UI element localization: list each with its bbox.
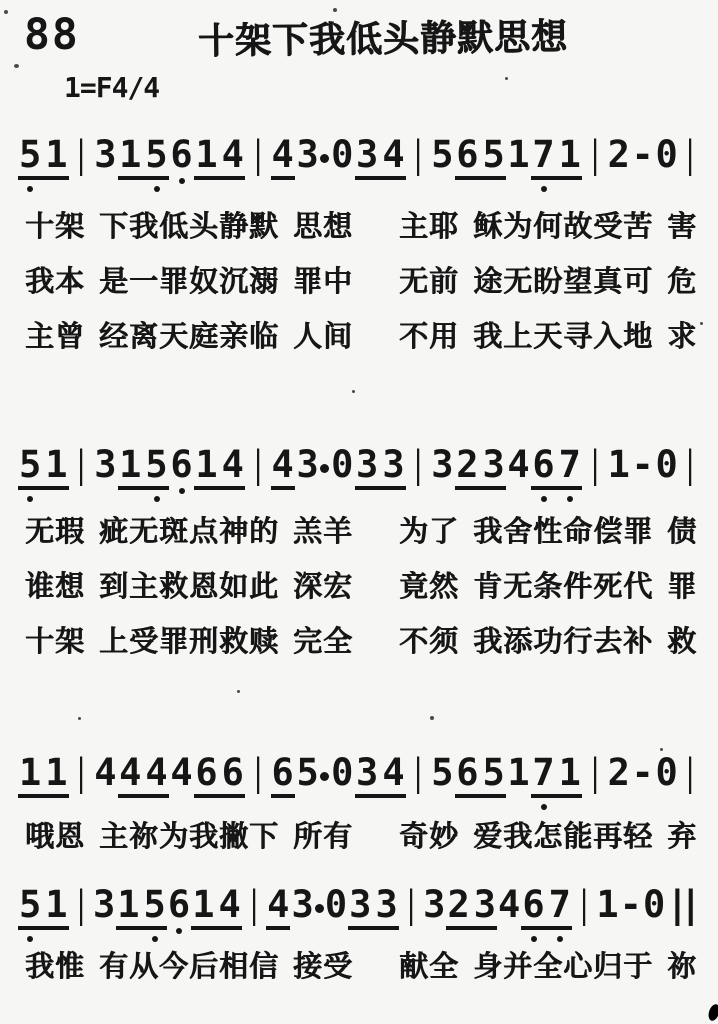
augmentation-dot <box>320 772 329 781</box>
note: 3 <box>356 136 378 173</box>
note-digit: 0 <box>331 754 353 791</box>
beam-group: 15 <box>118 136 169 180</box>
lyric-segment: 竟然 <box>399 570 459 603</box>
lyric-segment: 身并全心归于 <box>473 950 653 983</box>
note: 6 <box>532 446 554 483</box>
low-octave-dot <box>154 186 160 192</box>
barline: | <box>589 754 601 791</box>
note-digit: 5 <box>296 754 318 791</box>
barline: | <box>684 754 696 791</box>
note-digit: 0 <box>655 136 677 173</box>
note-digit: 3 <box>349 886 371 923</box>
note-digit: 1 <box>559 136 581 173</box>
note: 6 <box>195 754 217 791</box>
note: 0 <box>331 446 353 483</box>
lyric-segment: 献全 <box>399 950 459 983</box>
lyric-line-7: 哦恩主祢为我撇下所有奇妙爱我怎能再轻弃 <box>25 820 697 853</box>
barline: | <box>252 754 264 791</box>
beam-group: 6 <box>271 754 295 798</box>
note-digit: 6 <box>168 886 190 923</box>
lyric-line-3: 主曾经离天庭亲临人间不用我上天寻入地求 <box>25 320 697 353</box>
lyric-segment: 有从今后相信 <box>99 950 279 983</box>
note: 0 <box>331 136 353 173</box>
beam-group: 51 <box>18 446 69 490</box>
note-digit: 0 <box>643 886 665 923</box>
note-digit: 6 <box>170 136 192 173</box>
note-digit: 4 <box>498 886 520 923</box>
note-digit: 3 <box>94 446 116 483</box>
lyric-segment: 谁想 <box>25 570 85 603</box>
music-line-1: 51|315614|43034|565171|2-0| <box>18 136 702 180</box>
lyric-segment: 上受罪刑救赎 <box>99 625 279 658</box>
note-digit: 3 <box>482 446 504 483</box>
note: 1 <box>596 886 618 923</box>
lyric-segment: 弃 <box>667 820 697 853</box>
note-digit: 6 <box>522 886 544 923</box>
note-digit: 3 <box>296 446 318 483</box>
note: 2 <box>447 886 469 923</box>
scan-speckle <box>700 322 703 325</box>
note-digit: 4 <box>382 136 404 173</box>
hymn-sheet-page: 88 十架下我低头静默思想 1=F4/4 51|315614|43034|565… <box>0 0 718 1024</box>
note: 3 <box>93 886 115 923</box>
beam-group: 66 <box>194 754 245 798</box>
note-digit: 4 <box>222 446 244 483</box>
low-octave-dot <box>27 186 33 192</box>
final-barline: || <box>666 886 702 923</box>
lyric-segment: 羔羊 <box>293 515 353 548</box>
lyric-line-2: 我本是一罪奴沉溺罪中无前途无盼望真可危 <box>25 265 697 298</box>
note: 0 <box>331 754 353 791</box>
note-digit: 7 <box>549 886 571 923</box>
augmentation-dot <box>320 464 329 473</box>
lyric-segment: 无瑕 <box>25 515 85 548</box>
note-digit: 3 <box>93 886 115 923</box>
scan-speckle <box>430 716 434 720</box>
lyric-line-8: 我惟有从今后相信接受献全身并全心归于祢 <box>25 950 697 983</box>
note-digit: 0 <box>331 446 353 483</box>
note-digit: 1 <box>507 136 529 173</box>
beam-group: 34 <box>355 136 406 180</box>
note: 6 <box>170 136 192 173</box>
beam-group: 51 <box>18 136 69 180</box>
note: 5 <box>19 136 41 173</box>
beam-group: 34 <box>355 754 406 798</box>
lyric-segment: 稣为何故受苦 <box>473 210 653 243</box>
lyric-segment: 救 <box>667 625 697 658</box>
lyric-line-5: 谁想到主救恩如此深宏竟然肯无条件死代罪 <box>25 570 697 603</box>
barline: | <box>412 754 424 791</box>
note: 3 <box>482 446 504 483</box>
lyric-segment: 祢 <box>667 950 697 983</box>
note: 5 <box>431 754 453 791</box>
note-digit: 4 <box>94 754 116 791</box>
note: 1 <box>507 754 529 791</box>
note: 1 <box>119 446 141 483</box>
barline: | <box>75 754 87 791</box>
barline: | <box>75 136 87 173</box>
beam-group: 23 <box>446 886 497 930</box>
note-digit: 5 <box>19 136 41 173</box>
note: 1 <box>19 754 41 791</box>
note-digit: 6 <box>532 446 554 483</box>
low-octave-dot <box>154 496 160 502</box>
note-digit: 4 <box>267 886 289 923</box>
note-digit: 3 <box>356 754 378 791</box>
beam-group: 44 <box>118 754 169 798</box>
note: 3 <box>356 446 378 483</box>
note-digit: 5 <box>431 754 453 791</box>
note-digit: 4 <box>170 754 192 791</box>
music-line-4: 51|315614|43033|323467|1-0|| <box>18 886 702 930</box>
barline: | <box>412 136 424 173</box>
beam-group: 23 <box>455 446 506 490</box>
note: 1 <box>117 886 139 923</box>
note: 6 <box>168 886 190 923</box>
scan-speckle <box>78 717 81 720</box>
note-digit: 1 <box>19 754 41 791</box>
note-digit: 1 <box>192 886 214 923</box>
note-digit: 4 <box>272 136 294 173</box>
note-digit: 3 <box>375 886 397 923</box>
lyric-segment: 途无盼望真可 <box>473 265 653 298</box>
beam-group: 4 <box>271 446 295 490</box>
lyric-line-6: 十架上受罪刑救赎完全不须我添功行去补救 <box>25 625 697 658</box>
note: 3 <box>296 446 318 483</box>
note: 2 <box>456 446 478 483</box>
note-digit: 1 <box>45 754 67 791</box>
lyric-segment: 到主救恩如此 <box>99 570 279 603</box>
half-note-dash: - <box>632 754 654 791</box>
note: 1 <box>45 136 67 173</box>
note: 3 <box>291 886 313 923</box>
note: 4 <box>119 754 141 791</box>
note: 0 <box>643 886 665 923</box>
note-digit: 1 <box>559 754 581 791</box>
note: 1 <box>192 886 214 923</box>
lyric-segment: 不用 <box>399 320 459 353</box>
note-digit: 3 <box>356 136 378 173</box>
scan-speckle <box>237 690 240 693</box>
half-note-dash: - <box>632 136 654 173</box>
augmentation-dot <box>315 904 324 913</box>
note: 1 <box>507 136 529 173</box>
lyric-segment: 下我低头静默 <box>99 210 279 243</box>
key-signature: 1=F4/4 <box>64 74 159 102</box>
lyric-segment: 十架 <box>25 210 85 243</box>
note-digit: 3 <box>382 446 404 483</box>
beam-group: 51 <box>18 886 69 930</box>
lyric-segment: 爱我怎能再轻 <box>473 820 653 853</box>
note: 7 <box>532 136 554 173</box>
barline: | <box>252 136 264 173</box>
note: 5 <box>482 136 504 173</box>
beam-group: 14 <box>194 136 245 180</box>
music-line-2: 51|315614|43033|323467|1-0| <box>18 446 702 490</box>
note-digit: 1 <box>45 136 67 173</box>
lyric-segment: 哦恩 <box>25 820 85 853</box>
note: 0 <box>325 886 347 923</box>
note: 7 <box>559 446 581 483</box>
note-digit: 5 <box>482 136 504 173</box>
beam-group: 71 <box>531 136 582 180</box>
barline: | <box>75 446 87 483</box>
note-digit: 6 <box>456 136 478 173</box>
beam-group: 71 <box>531 754 582 798</box>
note-digit: 7 <box>532 136 554 173</box>
barline: | <box>684 136 696 173</box>
lyric-segment: 主曾 <box>25 320 85 353</box>
note: 3 <box>431 446 453 483</box>
note: 1 <box>119 136 141 173</box>
note-digit: 1 <box>608 446 630 483</box>
barline: | <box>684 446 696 483</box>
low-octave-dot <box>27 936 33 942</box>
note-digit: 1 <box>45 886 67 923</box>
lyric-segment: 所有 <box>293 820 353 853</box>
barline: | <box>75 886 87 923</box>
beam-group: 65 <box>455 136 506 180</box>
scan-speckle <box>4 10 8 14</box>
lyric-line-1: 十架下我低头静默思想主耶稣为何故受苦害 <box>25 210 697 243</box>
note-digit: 3 <box>431 446 453 483</box>
note-digit: 1 <box>195 136 217 173</box>
note-digit: 5 <box>144 886 166 923</box>
lyric-segment: 疵无斑点神的 <box>99 515 279 548</box>
note: 1 <box>45 446 67 483</box>
note: 4 <box>222 136 244 173</box>
note: 7 <box>549 886 571 923</box>
low-octave-dot <box>541 804 547 810</box>
lyric-segment: 危 <box>667 265 697 298</box>
note: 6 <box>170 446 192 483</box>
note: 3 <box>375 886 397 923</box>
note: 5 <box>482 754 504 791</box>
note: 3 <box>474 886 496 923</box>
note: 1 <box>608 446 630 483</box>
scan-artifact-blob <box>707 1003 718 1022</box>
lyric-segment: 深宏 <box>293 570 353 603</box>
note: 3 <box>94 136 116 173</box>
note-digit: 1 <box>119 136 141 173</box>
note: 1 <box>45 754 67 791</box>
augmentation-dot <box>320 154 329 163</box>
lyric-segment: 是一罪奴沉溺 <box>99 265 279 298</box>
note: 3 <box>349 886 371 923</box>
lyric-segment: 无前 <box>399 265 459 298</box>
lyric-segment: 我舍性命偿罪 <box>473 515 653 548</box>
beam-group: 15 <box>116 886 167 930</box>
note-digit: 4 <box>272 446 294 483</box>
note: 3 <box>423 886 445 923</box>
lyric-segment: 思想 <box>293 210 353 243</box>
beam-group: 4 <box>266 886 290 930</box>
note: 5 <box>296 754 318 791</box>
scan-speckle <box>333 8 337 12</box>
note-digit: 2 <box>608 136 630 173</box>
low-octave-dot <box>541 186 547 192</box>
note: 6 <box>456 754 478 791</box>
note: 4 <box>507 446 529 483</box>
note-digit: 4 <box>145 754 167 791</box>
beam-group: 67 <box>521 886 572 930</box>
note-digit: 5 <box>431 136 453 173</box>
note-digit: 6 <box>170 446 192 483</box>
low-octave-dot <box>541 496 547 502</box>
beam-group: 65 <box>455 754 506 798</box>
note: 4 <box>94 754 116 791</box>
beam-group: 15 <box>118 446 169 490</box>
note: 4 <box>498 886 520 923</box>
note: 5 <box>145 136 167 173</box>
lyric-segment: 为了 <box>399 515 459 548</box>
note: 4 <box>222 446 244 483</box>
low-octave-dot <box>531 936 537 942</box>
note-digit: 3 <box>94 136 116 173</box>
note: 4 <box>382 754 404 791</box>
note-digit: 1 <box>45 446 67 483</box>
note: 1 <box>45 886 67 923</box>
lyric-segment: 债 <box>667 515 697 548</box>
note: 5 <box>19 446 41 483</box>
barline: | <box>589 446 601 483</box>
note-digit: 6 <box>456 754 478 791</box>
note-digit: 0 <box>325 886 347 923</box>
lyric-segment: 奇妙 <box>399 820 459 853</box>
note-digit: 2 <box>608 754 630 791</box>
lyric-line-4: 无瑕疵无斑点神的羔羊为了我舍性命偿罪债 <box>25 515 697 548</box>
lyric-segment: 我上天寻入地 <box>473 320 653 353</box>
scan-speckle <box>505 77 508 80</box>
lyric-segment: 主耶 <box>399 210 459 243</box>
note: 1 <box>559 754 581 791</box>
lyric-segment: 十架 <box>25 625 85 658</box>
note: 0 <box>655 136 677 173</box>
beam-group: 14 <box>194 446 245 490</box>
note-digit: 3 <box>356 446 378 483</box>
note-digit: 1 <box>195 446 217 483</box>
lyric-segment: 肯无条件死代 <box>473 570 653 603</box>
note-digit: 3 <box>423 886 445 923</box>
note-digit: 4 <box>222 136 244 173</box>
note-digit: 7 <box>532 754 554 791</box>
hymn-title: 十架下我低头静默思想 <box>198 20 568 61</box>
note-digit: 1 <box>119 446 141 483</box>
lyric-segment: 接受 <box>293 950 353 983</box>
note: 4 <box>382 136 404 173</box>
note: 6 <box>272 754 294 791</box>
low-octave-dot <box>179 178 185 184</box>
barline: | <box>589 136 601 173</box>
note-digit: 6 <box>222 754 244 791</box>
beam-group: 33 <box>348 886 399 930</box>
note-digit: 3 <box>474 886 496 923</box>
note: 3 <box>356 754 378 791</box>
note-digit: 4 <box>119 754 141 791</box>
note: 2 <box>608 136 630 173</box>
note: 1 <box>559 136 581 173</box>
half-note-dash: - <box>632 446 654 483</box>
note-digit: 5 <box>19 886 41 923</box>
lyric-segment: 我添功行去补 <box>473 625 653 658</box>
half-note-dash: - <box>620 886 642 923</box>
low-octave-dot <box>557 936 563 942</box>
note-digit: 0 <box>331 136 353 173</box>
note-digit: 2 <box>456 446 478 483</box>
hymn-number: 88 <box>24 14 80 57</box>
low-octave-dot <box>27 496 33 502</box>
note-digit: 4 <box>507 446 529 483</box>
music-line-3: 11|444466|65034|565171|2-0| <box>18 754 702 798</box>
note: 4 <box>170 754 192 791</box>
note-digit: 3 <box>296 136 318 173</box>
low-octave-dot <box>176 928 182 934</box>
note-digit: 4 <box>218 886 240 923</box>
note: 5 <box>145 446 167 483</box>
note: 0 <box>655 754 677 791</box>
lyric-segment: 罪中 <box>293 265 353 298</box>
note-digit: 7 <box>559 446 581 483</box>
note-digit: 1 <box>596 886 618 923</box>
beam-group: 11 <box>18 754 69 798</box>
note: 0 <box>655 446 677 483</box>
note: 7 <box>532 754 554 791</box>
lyric-segment: 我惟 <box>25 950 85 983</box>
low-octave-dot <box>152 936 158 942</box>
scan-speckle <box>660 748 663 751</box>
note: 6 <box>456 136 478 173</box>
note-digit: 3 <box>291 886 313 923</box>
barline: | <box>248 886 260 923</box>
note-digit: 5 <box>482 754 504 791</box>
note: 4 <box>272 136 294 173</box>
barline: | <box>412 446 424 483</box>
note-digit: 5 <box>145 136 167 173</box>
note-digit: 1 <box>117 886 139 923</box>
scan-speckle <box>14 64 19 68</box>
beam-group: 67 <box>531 446 582 490</box>
barline: | <box>252 446 264 483</box>
lyric-segment: 主祢为我撇下 <box>99 820 279 853</box>
note-digit: 5 <box>19 446 41 483</box>
lyric-segment: 人间 <box>293 320 353 353</box>
note: 4 <box>272 446 294 483</box>
lyric-segment: 经离天庭亲临 <box>99 320 279 353</box>
note: 4 <box>267 886 289 923</box>
beam-group: 4 <box>271 136 295 180</box>
low-octave-dot <box>567 496 573 502</box>
note: 2 <box>608 754 630 791</box>
lyric-segment: 完全 <box>293 625 353 658</box>
low-octave-dot <box>179 488 185 494</box>
note: 1 <box>195 136 217 173</box>
note-digit: 0 <box>655 446 677 483</box>
note-digit: 6 <box>195 754 217 791</box>
note: 3 <box>296 136 318 173</box>
note-digit: 2 <box>447 886 469 923</box>
barline: | <box>578 886 590 923</box>
note-digit: 0 <box>655 754 677 791</box>
beam-group: 33 <box>355 446 406 490</box>
note-digit: 6 <box>272 754 294 791</box>
note-digit: 5 <box>145 446 167 483</box>
note: 4 <box>145 754 167 791</box>
note: 4 <box>218 886 240 923</box>
lyric-segment: 我本 <box>25 265 85 298</box>
note: 6 <box>522 886 544 923</box>
scan-speckle <box>352 390 355 393</box>
lyric-segment: 害 <box>667 210 697 243</box>
